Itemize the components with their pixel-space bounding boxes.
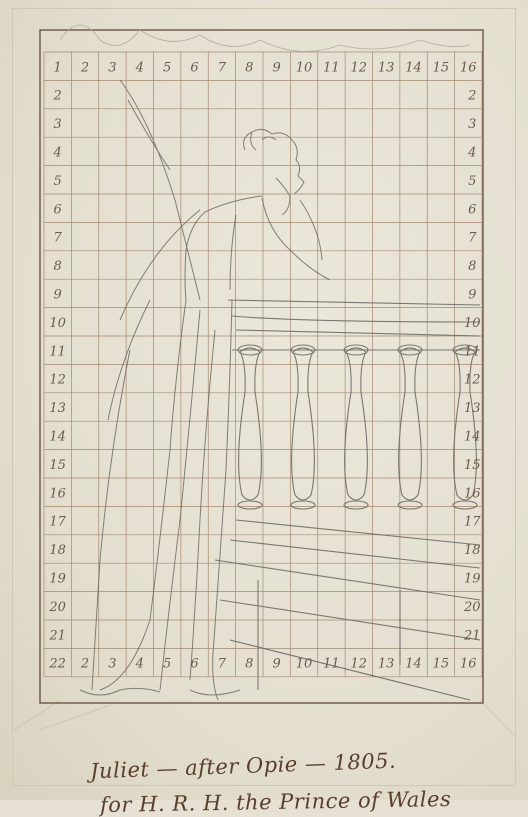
column-label-top: 12 — [351, 60, 368, 75]
row-label-left: 9 — [54, 288, 62, 303]
row-label-left: 3 — [54, 117, 62, 132]
row-label-right: 2 — [467, 89, 476, 104]
row-label-left: 11 — [49, 344, 66, 359]
baluster-group — [238, 345, 477, 509]
row-label-right: 3 — [468, 117, 476, 132]
row-label-left: 8 — [54, 259, 62, 274]
column-label-top: 1 — [54, 60, 62, 75]
column-label-bottom: 6 — [190, 657, 198, 672]
column-label-top: 15 — [433, 60, 450, 75]
column-label-top: 2 — [80, 60, 89, 75]
row-label-right: 4 — [467, 146, 476, 161]
column-label-bottom: 12 — [351, 657, 368, 672]
column-label-bottom: 14 — [405, 657, 422, 672]
row-label-right: 17 — [464, 515, 481, 530]
row-label-left: 21 — [48, 628, 66, 643]
row-label-right: 9 — [468, 288, 476, 303]
row-label-left: 15 — [49, 458, 66, 473]
row-label-right: 19 — [464, 572, 481, 587]
row-label-right: 20 — [463, 600, 481, 615]
row-label-left: 18 — [49, 543, 66, 558]
row-label-left: 13 — [49, 401, 66, 416]
row-label-right: 7 — [468, 231, 477, 246]
row-label-right: 12 — [464, 373, 481, 388]
inscription-line-2: for H. R. H. the Prince of Wales — [100, 787, 452, 800]
row-label-left: 4 — [53, 146, 62, 161]
figure-juliet — [80, 80, 330, 700]
column-label-top: 9 — [273, 60, 281, 75]
column-label-top: 10 — [296, 60, 313, 75]
row-label-right: 14 — [464, 430, 481, 445]
row-label-right: 8 — [468, 259, 476, 274]
row-label-left: 12 — [49, 373, 66, 388]
column-label-bottom: 10 — [296, 657, 313, 672]
balustrade — [215, 300, 480, 700]
column-label-bottom: 8 — [245, 657, 253, 672]
row-label-left: 2 — [53, 89, 62, 104]
column-label-top: 16 — [460, 60, 477, 75]
row-label-right: 11 — [464, 344, 481, 359]
row-label-right: 15 — [464, 458, 481, 473]
row-label-left: 14 — [49, 430, 66, 445]
column-label-top: 3 — [108, 60, 116, 75]
marginal-scribble — [60, 25, 470, 51]
column-label-bottom: 13 — [378, 657, 395, 672]
column-label-top: 14 — [405, 60, 422, 75]
row-label-left: 19 — [49, 572, 66, 587]
column-label-bottom: 4 — [135, 657, 144, 672]
column-label-top: 13 — [378, 60, 395, 75]
row-label-right: 21 — [463, 628, 481, 643]
column-label-top: 7 — [218, 60, 227, 75]
row-label-left: 17 — [49, 515, 66, 530]
column-label-bottom: 15 — [433, 657, 450, 672]
sketch-drawing: 1234567891011121314151622234567891011121… — [0, 0, 528, 800]
inscription: Juliet — after Opie — 1805. for H. R. H.… — [0, 710, 528, 800]
drawing-sheet: 1234567891011121314151622234567891011121… — [0, 0, 528, 800]
row-label-right: 18 — [464, 543, 481, 558]
column-label-top: 4 — [135, 60, 144, 75]
row-label-right: 13 — [464, 401, 481, 416]
row-label-left: 5 — [54, 174, 62, 189]
column-label-bottom: 16 — [460, 657, 477, 672]
column-label-bottom: 11 — [323, 657, 340, 672]
column-label-bottom: 3 — [108, 657, 116, 672]
column-label-bottom: 2 — [80, 657, 89, 672]
row-label-left: 20 — [48, 600, 66, 615]
grid-frame — [40, 30, 483, 703]
column-label-bottom: 5 — [163, 657, 171, 672]
row-label-left: 16 — [49, 486, 66, 501]
column-label-top: 11 — [323, 60, 340, 75]
row-label-left: 7 — [54, 231, 63, 246]
row-label-right: 5 — [468, 174, 476, 189]
column-label-bottom: 22 — [48, 657, 66, 672]
inscription-line-1: Juliet — after Opie — 1805. — [90, 749, 397, 784]
row-label-right: 16 — [464, 486, 481, 501]
column-label-top: 8 — [245, 60, 253, 75]
row-label-left: 6 — [54, 202, 62, 217]
row-label-right: 6 — [468, 202, 476, 217]
column-label-bottom: 9 — [273, 657, 281, 672]
row-label-left: 10 — [49, 316, 66, 331]
row-label-right: 10 — [464, 316, 481, 331]
column-label-top: 6 — [190, 60, 198, 75]
column-label-top: 5 — [163, 60, 171, 75]
column-label-bottom: 7 — [218, 657, 227, 672]
